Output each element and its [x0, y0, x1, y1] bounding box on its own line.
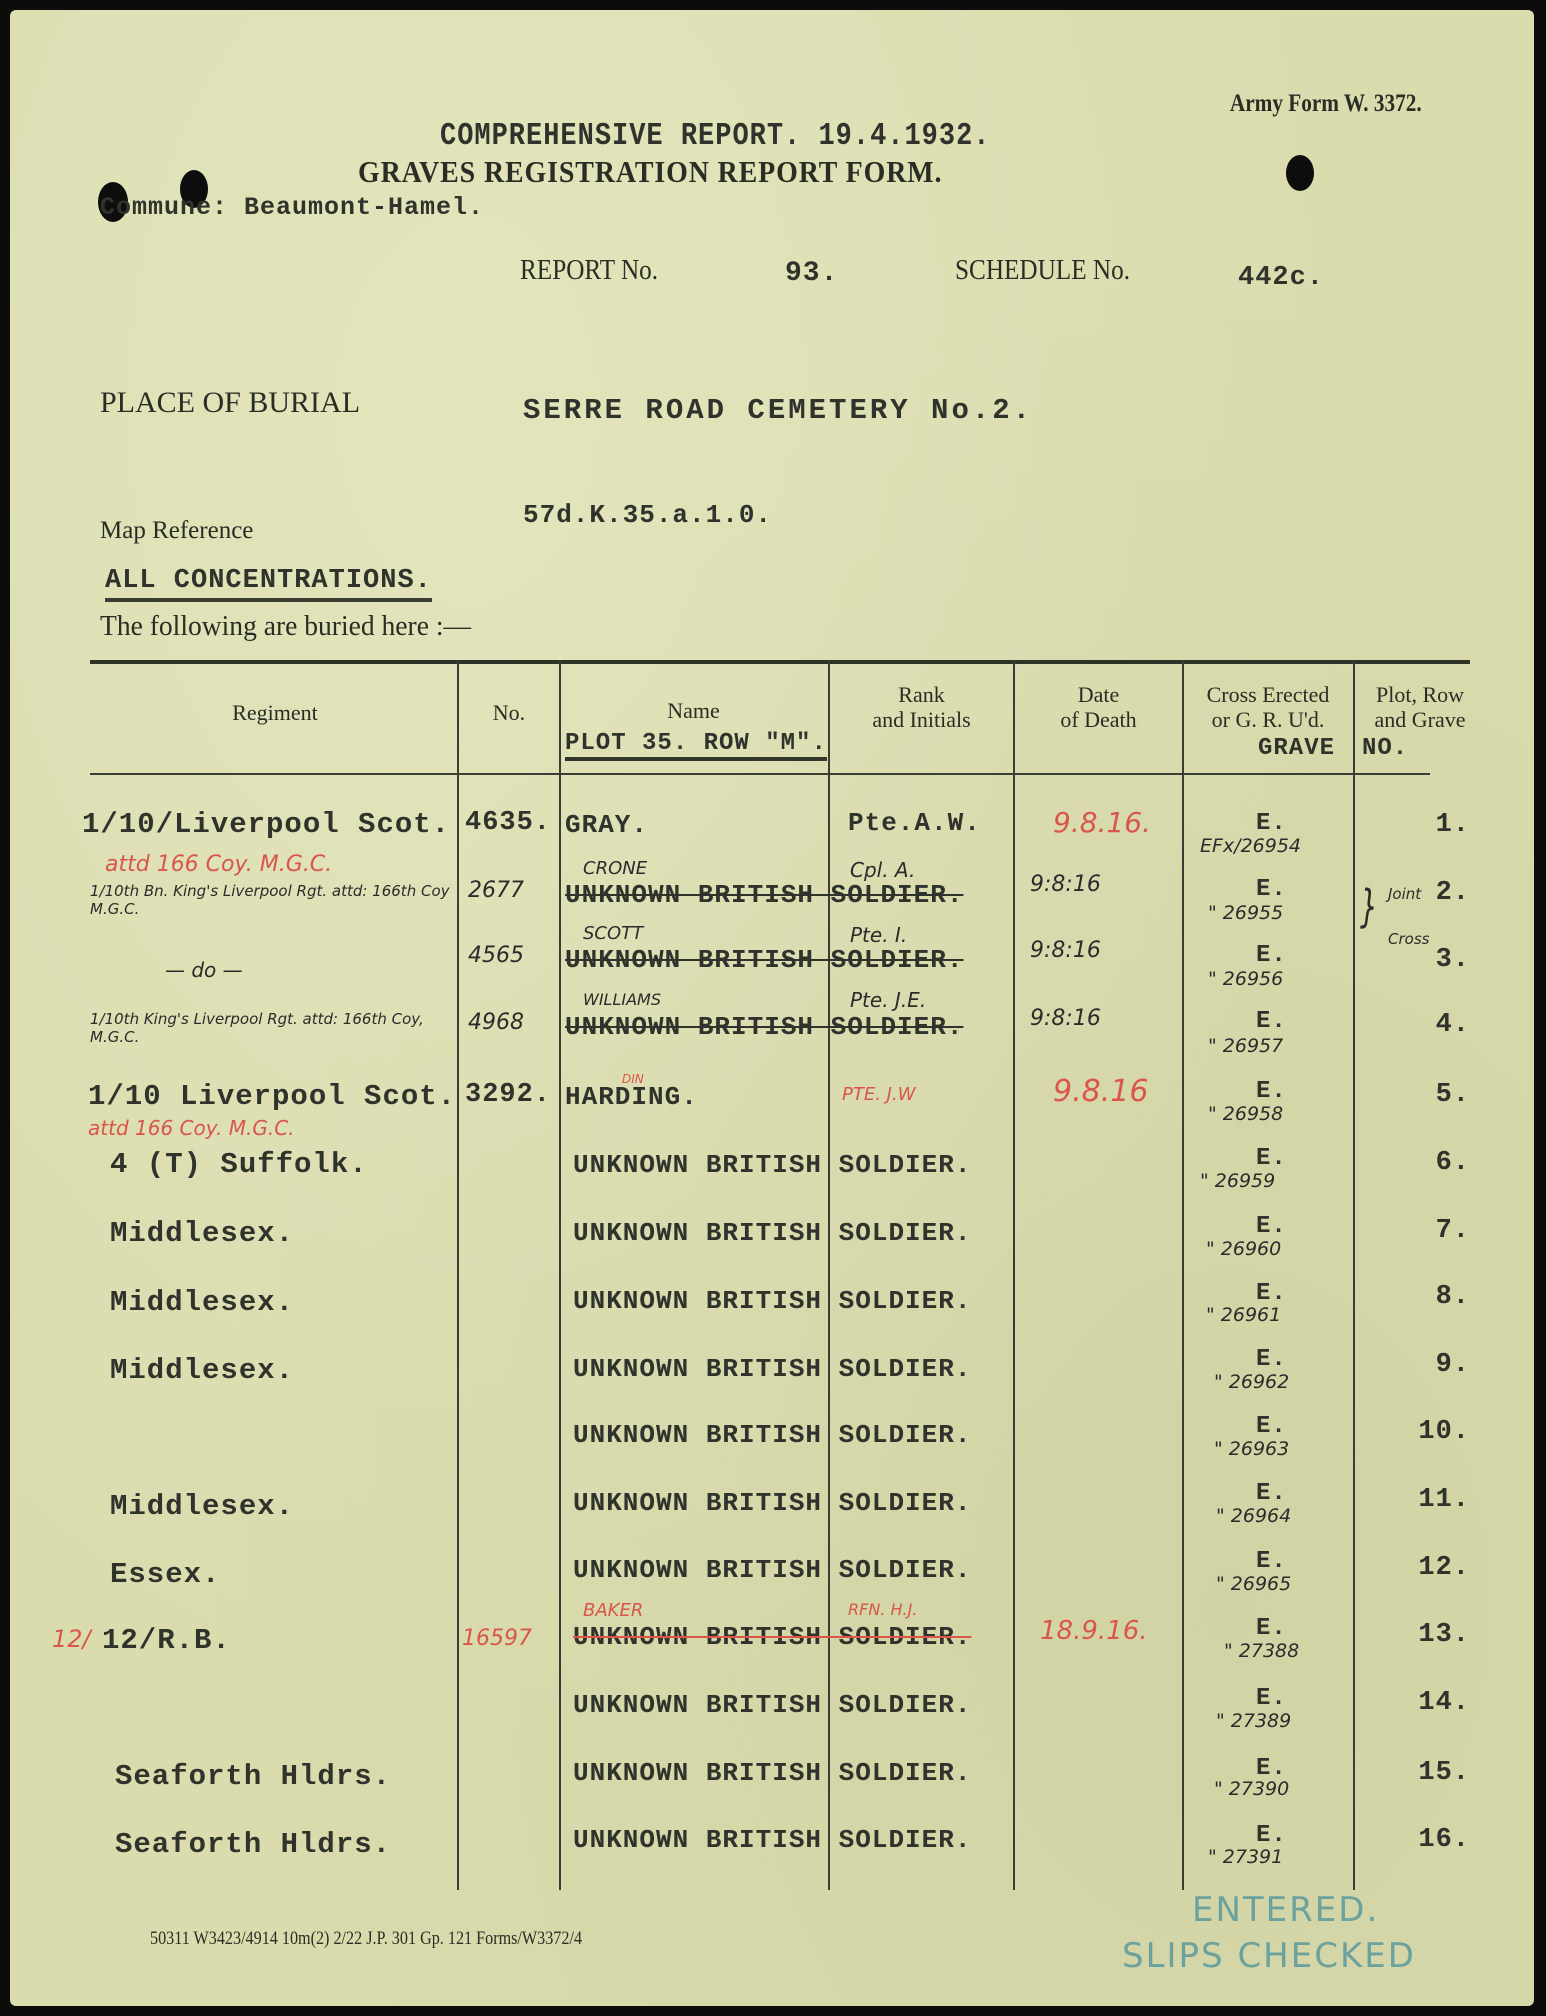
row-4-name: UNKNOWN BRITISH SOLDIER. — [565, 1012, 963, 1042]
row-1-name: GRAY. — [565, 810, 648, 840]
row-8-regiment: Middlesex. — [110, 1286, 294, 1319]
row-9-regiment: Middlesex. — [110, 1354, 294, 1387]
row-2-grave-ref: " 26955 — [1208, 902, 1283, 924]
row-10-grave-ref: " 26963 — [1214, 1438, 1289, 1460]
form-number: Army Form W. 3372. — [1230, 90, 1422, 118]
header-cross: Cross Erected or G. R. U'd. — [1182, 682, 1354, 732]
row-10-plot: 10. — [1390, 1417, 1470, 1447]
row-16-regiment: Seaforth Hldrs. — [115, 1828, 391, 1861]
header-date-line2: of Death — [1015, 707, 1182, 732]
row-3-cross: E. — [1256, 942, 1287, 969]
row-2-regiment: 1/10th Bn. King's Liverpool Rgt. attd: 1… — [90, 882, 450, 918]
column-divider — [559, 660, 561, 1890]
header-grave: GRAVE — [1258, 735, 1335, 762]
row-2-name: UNKNOWN BRITISH SOLDIER. — [565, 880, 963, 910]
row-8-plot: 8. — [1390, 1282, 1470, 1312]
map-reference-label: Map Reference — [100, 517, 253, 545]
row-13-name-note: BAKER — [583, 1600, 643, 1621]
row-3-no: 4565 — [468, 943, 524, 968]
row-7-cross: E. — [1256, 1213, 1287, 1240]
row-4-grave-ref: " 26957 — [1208, 1035, 1283, 1057]
print-code: 50311 W3423/4914 10m(2) 2/22 J.P. 301 Gp… — [150, 1928, 582, 1950]
row-11-name: UNKNOWN BRITISH SOLDIER. — [573, 1488, 971, 1518]
row-9-plot: 9. — [1390, 1350, 1470, 1380]
row-13-date: 18.9.16. — [1040, 1616, 1148, 1646]
row-3-rank: Pte. I. — [850, 923, 907, 947]
row-12-plot: 12. — [1390, 1553, 1470, 1583]
report-label: REPORT No. — [520, 255, 658, 287]
row-14-name: UNKNOWN BRITISH SOLDIER. — [573, 1690, 971, 1720]
row-2-no: 2677 — [468, 878, 524, 903]
row-9-grave-ref: " 26962 — [1214, 1371, 1289, 1393]
row-5-cross: E. — [1256, 1078, 1287, 1105]
header-plot-line1: Plot, Row — [1355, 682, 1485, 707]
header-rank-line2: and Initials — [830, 707, 1013, 732]
row-12-name: UNKNOWN BRITISH SOLDIER. — [573, 1555, 971, 1585]
row-3-name-note: SCOTT — [583, 923, 643, 944]
row-15-plot: 15. — [1390, 1758, 1470, 1788]
row-13-plot: 13. — [1390, 1620, 1470, 1650]
row-11-grave-ref: " 26964 — [1216, 1505, 1291, 1527]
row-4-name-note: WILLIAMS — [583, 990, 661, 1009]
stamp-slips-checked: SLIPS CHECKED — [1122, 1936, 1416, 1976]
row-16-grave-ref: " 27391 — [1208, 1846, 1283, 1868]
schedule-label: SCHEDULE No. — [955, 255, 1130, 287]
row-11-regiment: Middlesex. — [110, 1490, 294, 1523]
row-4-regiment: 1/10th King's Liverpool Rgt. attd: 166th… — [90, 1010, 450, 1046]
row-8-cross: E. — [1256, 1280, 1287, 1307]
row-15-name: UNKNOWN BRITISH SOLDIER. — [573, 1758, 971, 1788]
row-6-grave-ref: " 26959 — [1200, 1170, 1275, 1192]
row-6-regiment: 4 (T) Suffolk. — [110, 1148, 368, 1181]
commune: Commune: Beaumont-Hamel. — [100, 193, 484, 222]
row-12-cross: E. — [1256, 1548, 1287, 1575]
row-15-regiment: Seaforth Hldrs. — [115, 1760, 391, 1793]
row-5-grave-ref: " 26958 — [1208, 1103, 1283, 1125]
row-13-grave-ref: " 27388 — [1224, 1640, 1299, 1662]
row-16-cross: E. — [1256, 1822, 1287, 1849]
row-10-cross: E. — [1256, 1413, 1287, 1440]
row-2-date: 9:8:16 — [1030, 872, 1101, 897]
row-11-cross: E. — [1256, 1480, 1287, 1507]
header-name: Name — [561, 698, 826, 723]
stamp-entered: ENTERED. — [1192, 1890, 1379, 1930]
row-1-rank: Pte.A.W. — [848, 808, 981, 838]
header-plot: Plot, Row and Grave — [1355, 682, 1485, 732]
punch-hole-icon — [1286, 155, 1314, 191]
row-5-date: 9.8.16 — [1053, 1074, 1148, 1109]
concentrations-note: ALL CONCENTRATIONS. — [105, 566, 432, 602]
row-14-grave-ref: " 27389 — [1216, 1710, 1291, 1732]
report-value: 93. — [785, 258, 838, 289]
document-page: Army Form W. 3372. COMPREHENSIVE REPORT.… — [10, 10, 1534, 2006]
header-plot-row: PLOT 35. ROW "M". — [565, 730, 827, 761]
row-5-regiment: 1/10 Liverpool Scot. — [88, 1080, 456, 1113]
row-6-cross: E. — [1256, 1145, 1287, 1172]
row-16-name: UNKNOWN BRITISH SOLDIER. — [573, 1825, 971, 1855]
place-of-burial-label: PLACE OF BURIAL — [100, 386, 360, 420]
row-13-regiment: 12/R.B. — [102, 1624, 231, 1657]
row-14-plot: 14. — [1390, 1688, 1470, 1718]
row-4-cross: E. — [1256, 1008, 1287, 1035]
row-4-rank: Pte. J.E. — [850, 988, 926, 1012]
row-13-regiment-prefix: 12/ — [52, 1625, 91, 1653]
row-7-plot: 7. — [1390, 1216, 1470, 1246]
report-heading: COMPREHENSIVE REPORT. 19.4.1932. — [440, 120, 990, 155]
row-12-regiment: Essex. — [110, 1558, 220, 1591]
row-11-plot: 11. — [1390, 1485, 1470, 1515]
row-3-name: UNKNOWN BRITISH SOLDIER. — [565, 945, 963, 975]
table-top-rule — [90, 660, 1470, 664]
row-1-date: 9.8.16. — [1053, 806, 1151, 839]
header-grave-no: NO. — [1362, 735, 1408, 762]
row-1-no: 4635. — [465, 808, 551, 838]
row-7-regiment: Middlesex. — [110, 1217, 294, 1250]
row-14-cross: E. — [1256, 1685, 1287, 1712]
row-1-cross: E. — [1256, 810, 1287, 837]
place-of-burial-value: SERRE ROAD CEMETERY No.2. — [523, 394, 1033, 427]
row-1-regiment-note: attd 166 Coy. M.G.C. — [105, 852, 332, 877]
row-5-no: 3292. — [465, 1080, 551, 1110]
intro-text: The following are buried here :— — [100, 610, 471, 643]
row-3-regiment: — do — — [165, 958, 243, 982]
header-rank-line1: Rank — [830, 682, 1013, 707]
column-divider — [1013, 660, 1015, 1890]
row-1-grave-ref: EFx/26954 — [1200, 835, 1301, 857]
row-1-plot: 1. — [1390, 810, 1470, 840]
header-date: Date of Death — [1015, 682, 1182, 732]
row-4-date: 9:8:16 — [1030, 1006, 1101, 1031]
row-15-grave-ref: " 27390 — [1214, 1778, 1289, 1800]
row-5-regiment-note: attd 166 Coy. M.G.C. — [88, 1116, 295, 1140]
table-header-rule — [90, 773, 1430, 775]
row-8-grave-ref: " 26961 — [1206, 1304, 1281, 1326]
row-2-cross: E. — [1256, 876, 1287, 903]
row-3-date: 9:8:16 — [1030, 938, 1101, 963]
row-4-plot: 4. — [1390, 1010, 1470, 1040]
header-rank: Rank and Initials — [830, 682, 1013, 732]
row-2-name-note: CRONE — [583, 858, 647, 879]
column-divider — [1182, 660, 1184, 1890]
header-regiment: Regiment — [100, 700, 450, 725]
row-9-name: UNKNOWN BRITISH SOLDIER. — [573, 1354, 971, 1384]
bracket-note: Joint Cross — [1388, 872, 1448, 962]
header-cross-line2: or G. R. U'd. — [1182, 707, 1354, 732]
page-title: GRAVES REGISTRATION REPORT FORM. — [358, 154, 942, 190]
row-5-name: HARDING. — [565, 1082, 698, 1112]
bracket-icon: } — [1360, 851, 1378, 963]
column-divider — [457, 660, 459, 1890]
row-6-plot: 6. — [1390, 1148, 1470, 1178]
row-1-regiment: 1/10/Liverpool Scot. — [82, 808, 450, 841]
row-3-grave-ref: " 26956 — [1208, 968, 1283, 990]
row-13-cross: E. — [1256, 1615, 1287, 1642]
row-12-grave-ref: " 26965 — [1216, 1573, 1291, 1595]
row-13-name: UNKNOWN BRITISH SOLDIER. — [573, 1622, 971, 1652]
row-16-plot: 16. — [1390, 1825, 1470, 1855]
header-date-line1: Date — [1015, 682, 1182, 707]
row-13-rank: RFN. H.J. — [848, 1600, 917, 1619]
row-9-cross: E. — [1256, 1346, 1287, 1373]
column-divider — [1353, 660, 1355, 1890]
row-10-name: UNKNOWN BRITISH SOLDIER. — [573, 1420, 971, 1450]
row-7-grave-ref: " 26960 — [1206, 1238, 1281, 1260]
row-5-rank: PTE. J.W — [842, 1084, 916, 1105]
row-5-plot: 5. — [1390, 1080, 1470, 1110]
header-plot-line2: and Grave — [1355, 707, 1485, 732]
map-reference-value: 57d.K.35.a.1.0. — [523, 500, 772, 530]
row-4-no: 4968 — [468, 1010, 524, 1035]
schedule-value: 442c. — [1238, 263, 1324, 293]
header-cross-line1: Cross Erected — [1182, 682, 1354, 707]
row-8-name: UNKNOWN BRITISH SOLDIER. — [573, 1286, 971, 1316]
header-no: No. — [459, 700, 559, 725]
row-13-no: 16597 — [462, 1626, 532, 1651]
row-2-rank: Cpl. A. — [850, 858, 915, 882]
row-7-name: UNKNOWN BRITISH SOLDIER. — [573, 1218, 971, 1248]
row-6-name: UNKNOWN BRITISH SOLDIER. — [573, 1150, 971, 1180]
